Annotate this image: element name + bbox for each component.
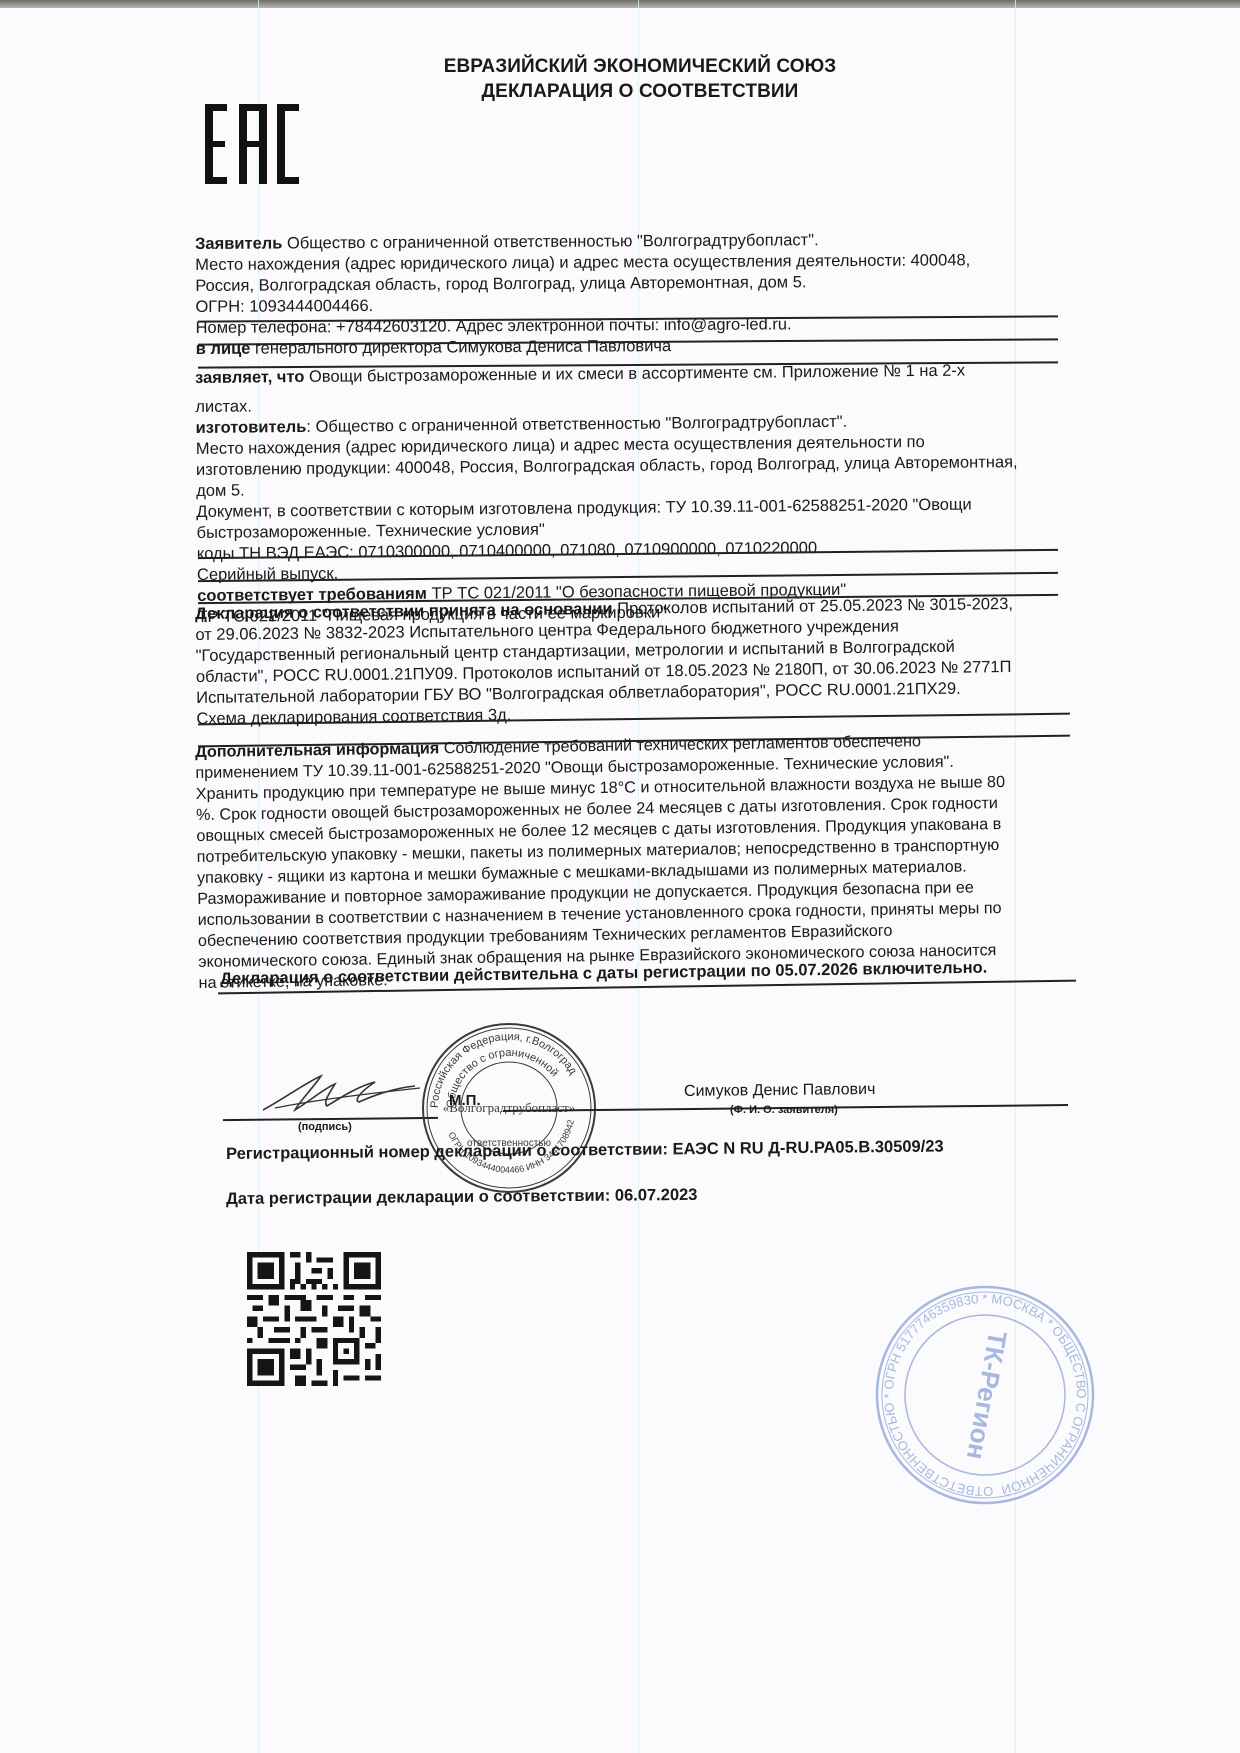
- declaration-title: ДЕКЛАРАЦИЯ О СООТВЕТСТВИИ: [390, 79, 890, 104]
- manufacturer-name: : Общество с ограниченной ответственност…: [306, 413, 847, 436]
- basis-section: Декларация о соответствии принята на осн…: [195, 593, 1076, 730]
- handwritten-signature-icon: [255, 1070, 425, 1115]
- manufacturer-label: изготовитель: [195, 418, 306, 437]
- qr-code[interactable]: [247, 1252, 381, 1386]
- declaration-subject-section: заявляет, что Овощи быстрозамороженные и…: [195, 360, 1077, 628]
- applicant-signatory-name: Симуков Денис Павлович: [684, 1081, 876, 1101]
- additional-info-label: Дополнительная информация: [195, 739, 439, 761]
- product-description: Овощи быстрозамороженные и их смеси в ас…: [304, 362, 965, 386]
- applicant-name: Общество с ограниченной ответственностью…: [282, 231, 818, 252]
- declares-label: заявляет, что: [195, 368, 304, 387]
- company-seal-icon: Российская Федерация, г.Волгоград Общест…: [418, 1020, 600, 1196]
- registration-date: Дата регистрации декларации о соответств…: [226, 1186, 698, 1209]
- additional-info-section: Дополнительная информация Соблюдение тре…: [195, 729, 1079, 994]
- signature-caption: (подпись): [298, 1121, 352, 1133]
- certification-body-seal-icon: ОТВЕТСТВЕННОСТЬЮ * ОГРН 5177746359830 * …: [870, 1280, 1100, 1510]
- basis-label: Декларация о соответствии принята на осн…: [195, 600, 613, 623]
- svg-text:ТК-Регион: ТК-Регион: [961, 1329, 1013, 1462]
- union-title: ЕВРАЗИЙСКИЙ ЭКОНОМИЧЕСКИЙ СОЮЗ: [390, 54, 890, 79]
- scan-top-edge: [0, 0, 1240, 8]
- name-caption: (Ф. И. О. заявителя): [730, 1104, 838, 1116]
- applicant-label: Заявитель: [195, 234, 282, 253]
- registration-number: Регистрационный номер декларации о соотв…: [226, 1137, 944, 1164]
- seal-placeholder-mp: М.П.: [449, 1092, 481, 1109]
- document-header: ЕВРАЗИЙСКИЙ ЭКОНОМИЧЕСКИЙ СОЮЗ ДЕКЛАРАЦИ…: [390, 54, 890, 104]
- basis-protocols: Протоколов испытаний от 25.05.2023 № 301…: [612, 595, 1013, 618]
- eac-logo-icon: [205, 104, 301, 184]
